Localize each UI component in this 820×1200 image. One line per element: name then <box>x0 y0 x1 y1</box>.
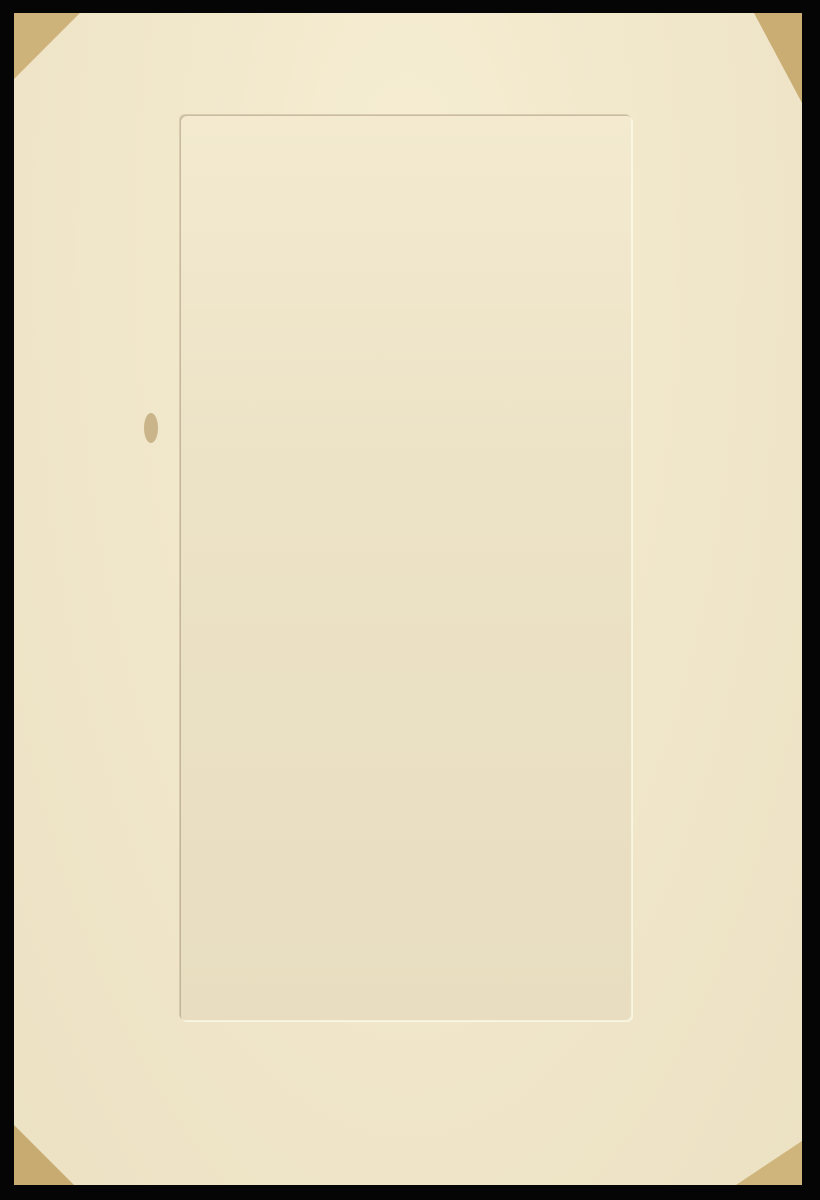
paper-sheet <box>14 13 802 1185</box>
corner-stain-top-left <box>14 13 80 79</box>
corner-stain-bottom-right <box>736 1141 802 1185</box>
corner-stain-bottom-left <box>14 1125 74 1185</box>
spot-stain <box>144 413 158 443</box>
corner-stain-top-right <box>754 13 802 103</box>
plate-mark <box>180 115 632 1021</box>
